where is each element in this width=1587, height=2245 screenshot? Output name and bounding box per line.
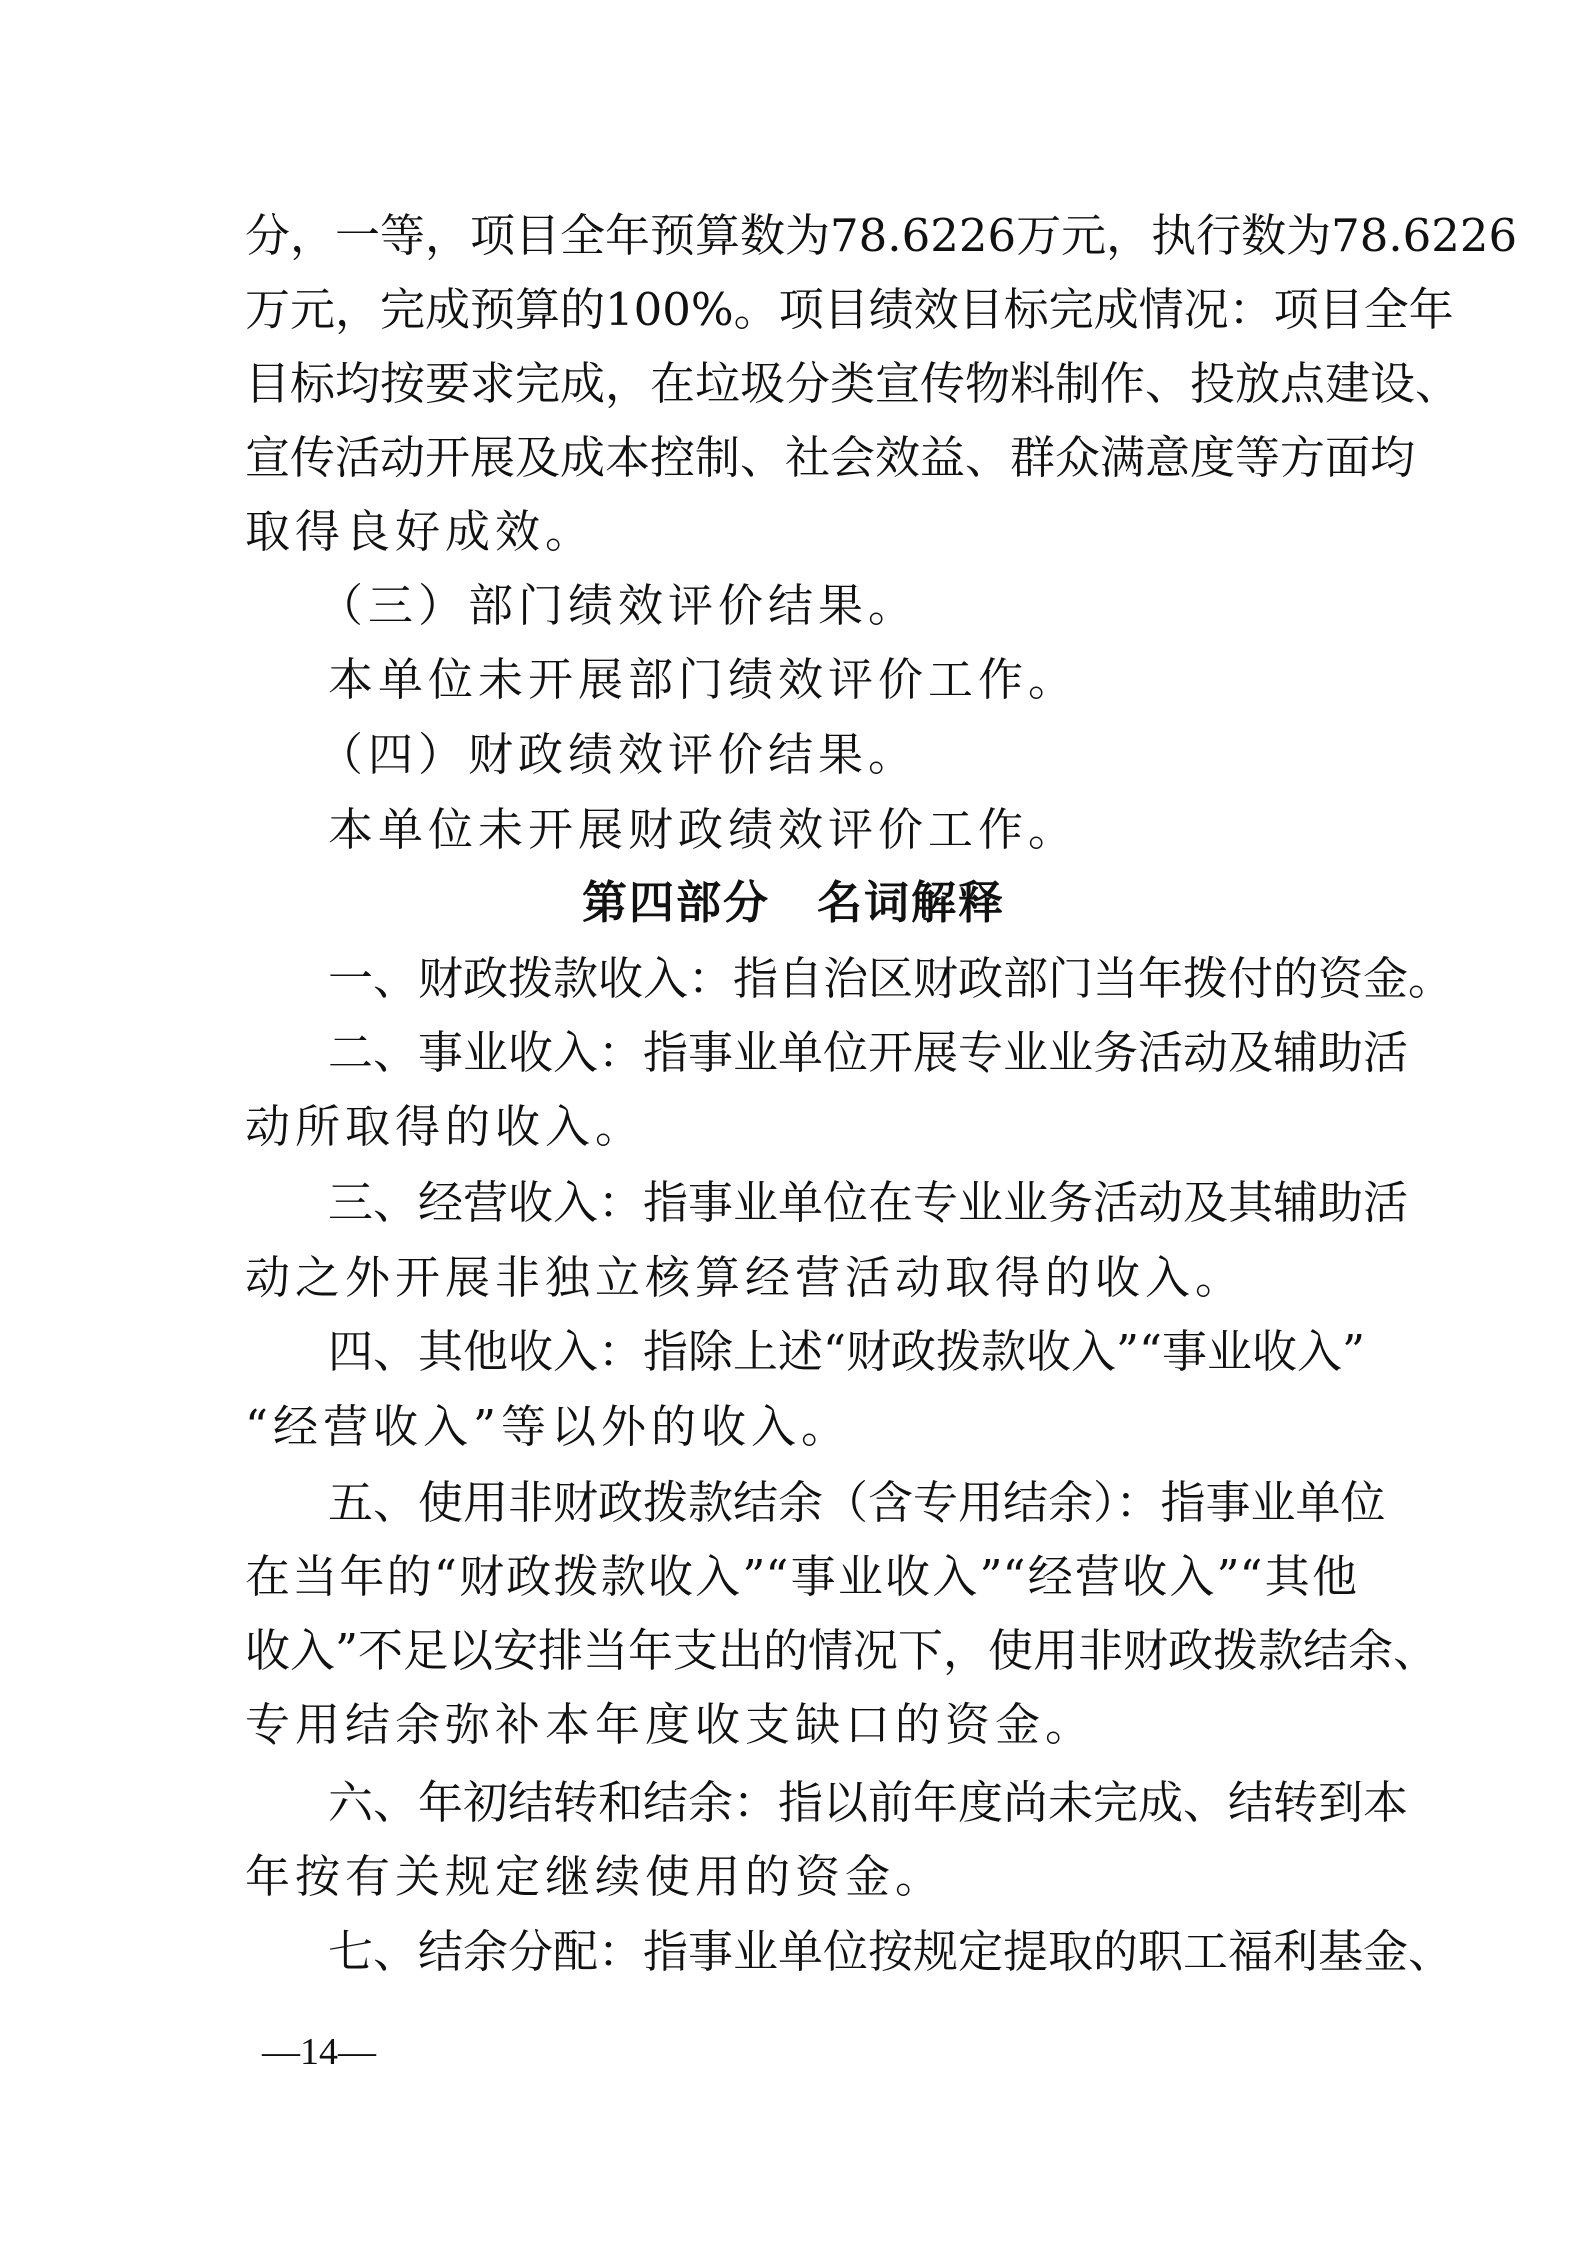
definition-7: 七、结余分配：指事业单位按规定提取的职工福利基金、 bbox=[328, 1922, 1357, 1982]
section-body-3: 本单位未开展部门绩效评价工作。 bbox=[328, 650, 1357, 710]
page-number: —14— bbox=[262, 2030, 376, 2074]
definition-1: 一、财政拨款收入：指自治区财政部门当年拨付的资金。 bbox=[328, 949, 1357, 1009]
body-text-line: 取得良好成效。 bbox=[245, 502, 1357, 562]
definition-2: 二、事业收入：指事业单位开展专业业务活动及辅助活 bbox=[328, 1023, 1357, 1083]
definition-2-cont: 动所取得的收入。 bbox=[245, 1097, 1357, 1157]
definition-3-cont: 动之外开展非独立核算经营活动取得的收入。 bbox=[245, 1248, 1357, 1308]
section-heading-3: （三）部门绩效评价结果。 bbox=[318, 576, 1347, 636]
part-title: 第四部分 名词解释 bbox=[0, 873, 1587, 933]
definition-5: 五、使用非财政拨款结余（含专用结余）：指事业单位 bbox=[328, 1473, 1357, 1533]
definition-5-cont: 收入”不足以安排当年支出的情况下，使用非财政拨款结余、 bbox=[245, 1621, 1357, 1681]
definition-4-cont: “经营收入”等以外的收入。 bbox=[245, 1397, 1357, 1457]
definition-4: 四、其他收入：指除上述“财政拨款收入”“事业收入” bbox=[328, 1322, 1357, 1382]
definition-3: 三、经营收入：指事业单位在专业业务活动及其辅助活 bbox=[328, 1173, 1357, 1233]
definition-6: 六、年初结转和结余：指以前年度尚未完成、结转到本 bbox=[328, 1773, 1357, 1833]
document-page: 分，一等，项目全年预算数为78.6226万元，执行数为78.6226 万元，完成… bbox=[0, 0, 1587, 2245]
body-text-line: 宣传活动开展及成本控制、社会效益、群众满意度等方面均 bbox=[245, 428, 1357, 488]
definition-5-cont: 在当年的“财政拨款收入”“事业收入”“经营收入”“其他 bbox=[245, 1547, 1357, 1607]
body-text-line: 万元，完成预算的100%。项目绩效目标完成情况：项目全年 bbox=[245, 280, 1357, 340]
section-body-4: 本单位未开展财政绩效评价工作。 bbox=[328, 800, 1357, 860]
section-heading-4: （四）财政绩效评价结果。 bbox=[318, 725, 1347, 785]
definition-6-cont: 年按有关规定继续使用的资金。 bbox=[245, 1847, 1357, 1907]
definition-5-cont: 专用结余弥补本年度收支缺口的资金。 bbox=[245, 1695, 1357, 1755]
body-text-line: 目标均按要求完成，在垃圾分类宣传物料制作、投放点建设、 bbox=[245, 354, 1357, 414]
body-text-line: 分，一等，项目全年预算数为78.6226万元，执行数为78.6226 bbox=[245, 206, 1357, 266]
